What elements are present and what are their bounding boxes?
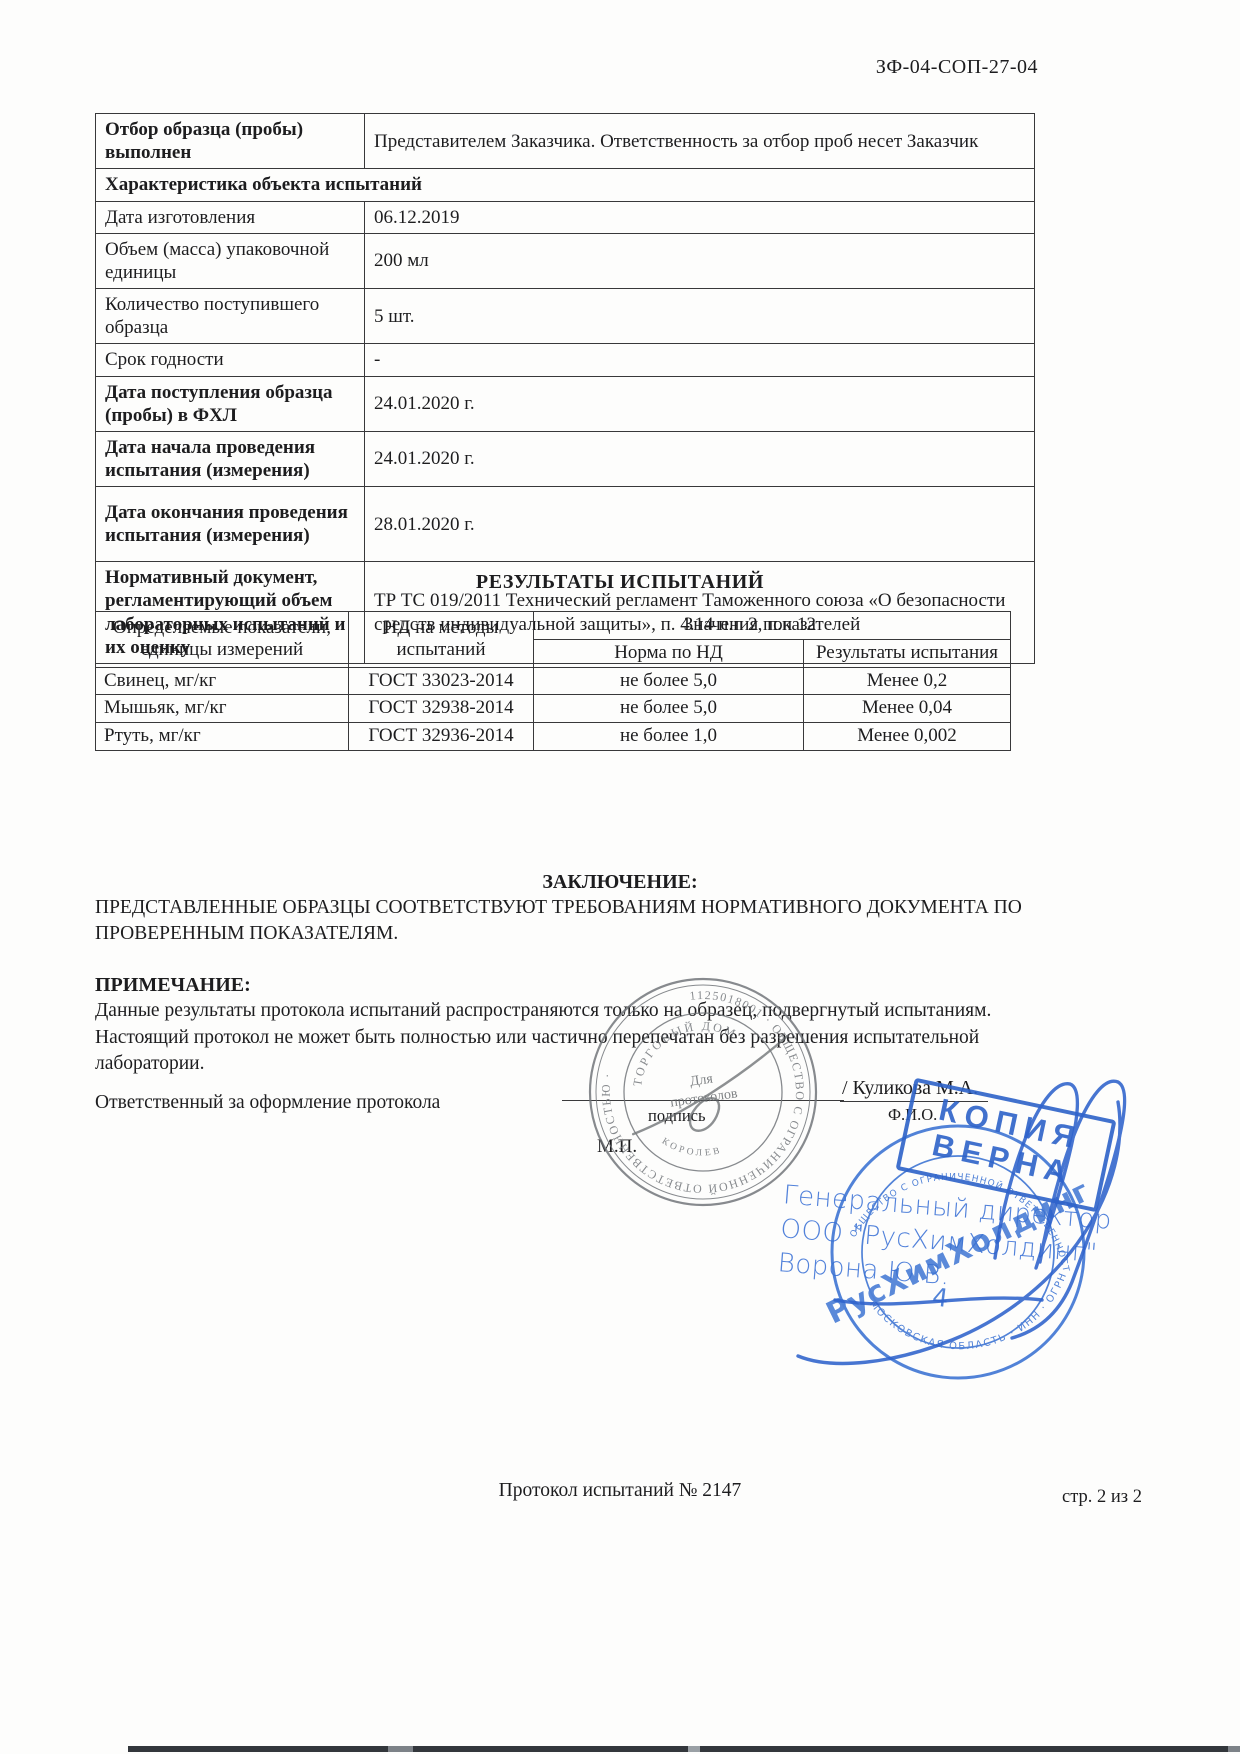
document-form-code: ЗФ-04-СОП-27-04 [876,56,1038,79]
result-parameter: Ртуть, мг/кг [96,723,349,751]
result-method: ГОСТ 32938-2014 [349,695,534,723]
stamp-purpose-line1: Для [689,1072,714,1090]
info-row-label: Объем (масса) упаковочной единицы [96,233,365,288]
info-row-value: 24.01.2020 г. [365,376,1035,431]
stamp-city-text: КОРОЛЕВ [659,1129,724,1165]
info-row-label: Дата изготовления [96,201,365,233]
table-row: Объем (масса) упаковочной единицы 200 мл [96,233,1035,288]
table-row: Ртуть, мг/кг ГОСТ 32936-2014 не более 1,… [96,723,1011,751]
column-header-result: Результаты испытания [804,639,1011,667]
round-gray-stamp-icon: 1125018001 · ОБЩЕСТВО С ОГРАНИЧЕННОЙ ОТВ… [567,956,838,1227]
scanned-protocol-page: ЗФ-04-СОП-27-04 Отбор образца (пробы) вы… [0,0,1240,1754]
svg-text:ТОРГОВЫЙ ДОМ: ТОРГОВЫЙ ДОМ [622,1013,746,1089]
info-row-value: 28.01.2020 г. [365,487,1035,562]
result-method: ГОСТ 32936-2014 [349,723,534,751]
result-method: ГОСТ 33023-2014 [349,667,534,695]
info-row-label: Количество поступившего образца [96,289,365,344]
result-parameter: Свинец, мг/кг [96,667,349,695]
column-header-method: НД на методы испытаний [349,612,534,668]
info-row-label: Отбор образца (пробы) выполнен [96,114,365,169]
result-norm: не более 1,0 [534,723,804,751]
info-row-value: 06.12.2019 [365,201,1035,233]
table-row: Дата поступления образца (пробы) в ФХЛ 2… [96,376,1035,431]
footer-page-number: стр. 2 из 2 [1062,1487,1142,1508]
conclusion-text: ПРЕДСТАВЛЕННЫЕ ОБРАЗЦЫ СООТВЕТСТВУЮТ ТРЕ… [95,895,1040,947]
info-row-label: Дата окончания проведения испытания (изм… [96,487,365,562]
note-title: ПРИМЕЧАНИЕ: [95,974,251,997]
section-title: Характеристика объекта испытаний [96,169,1035,201]
results-table: Определяемые показатели, единицы измерен… [95,611,1011,751]
column-header-parameter: Определяемые показатели, единицы измерен… [96,612,349,668]
table-row: Дата изготовления 06.12.2019 [96,201,1035,233]
info-row-value: 200 мл [365,233,1035,288]
responsible-label: Ответственный за оформление протокола [95,1092,440,1114]
info-row-value: Представителем Заказчика. Ответственност… [365,114,1035,169]
result-value: Менее 0,2 [804,667,1011,695]
result-value: Менее 0,04 [804,695,1011,723]
scan-artifact-bar [128,1746,1240,1752]
svg-text:КОРОЛЕВ: КОРОЛЕВ [659,1129,724,1165]
info-row-label: Срок годности [96,344,365,376]
result-norm: не более 5,0 [534,667,804,695]
column-header-values-group: Значения показателей [534,612,1011,640]
blue-stamp-number: 4 [931,1282,950,1313]
info-row-label: Дата поступления образца (пробы) в ФХЛ [96,376,365,431]
table-row: Количество поступившего образца 5 шт. [96,289,1035,344]
stamp-org-text: ТОРГОВЫЙ ДОМ [622,1013,746,1089]
table-row: Отбор образца (пробы) выполнен Представи… [96,114,1035,169]
footer-protocol-number: Протокол испытаний № 2147 [0,1480,1240,1502]
result-norm: не более 5,0 [534,695,804,723]
results-section-title: РЕЗУЛЬТАТЫ ИСПЫТАНИЙ [0,571,1240,594]
info-row-label: Дата начала проведения испытания (измере… [96,431,365,486]
table-row: Мышьяк, мг/кг ГОСТ 32938-2014 не более 5… [96,695,1011,723]
table-row: Дата окончания проведения испытания (изм… [96,487,1035,562]
info-row-value: - [365,344,1035,376]
result-parameter: Мышьяк, мг/кг [96,695,349,723]
section-header-row: Характеристика объекта испытаний [96,169,1035,201]
info-row-value: 5 шт. [365,289,1035,344]
result-value: Менее 0,002 [804,723,1011,751]
table-row: Срок годности - [96,344,1035,376]
conclusion-title: ЗАКЛЮЧЕНИЕ: [0,871,1240,894]
column-header-norm: Норма по НД [534,639,804,667]
info-row-value: 24.01.2020 г. [365,431,1035,486]
table-row: Свинец, мг/кг ГОСТ 33023-2014 не более 5… [96,667,1011,695]
results-header-row: Определяемые показатели, единицы измерен… [96,612,1011,640]
table-row: Дата начала проведения испытания (измере… [96,431,1035,486]
